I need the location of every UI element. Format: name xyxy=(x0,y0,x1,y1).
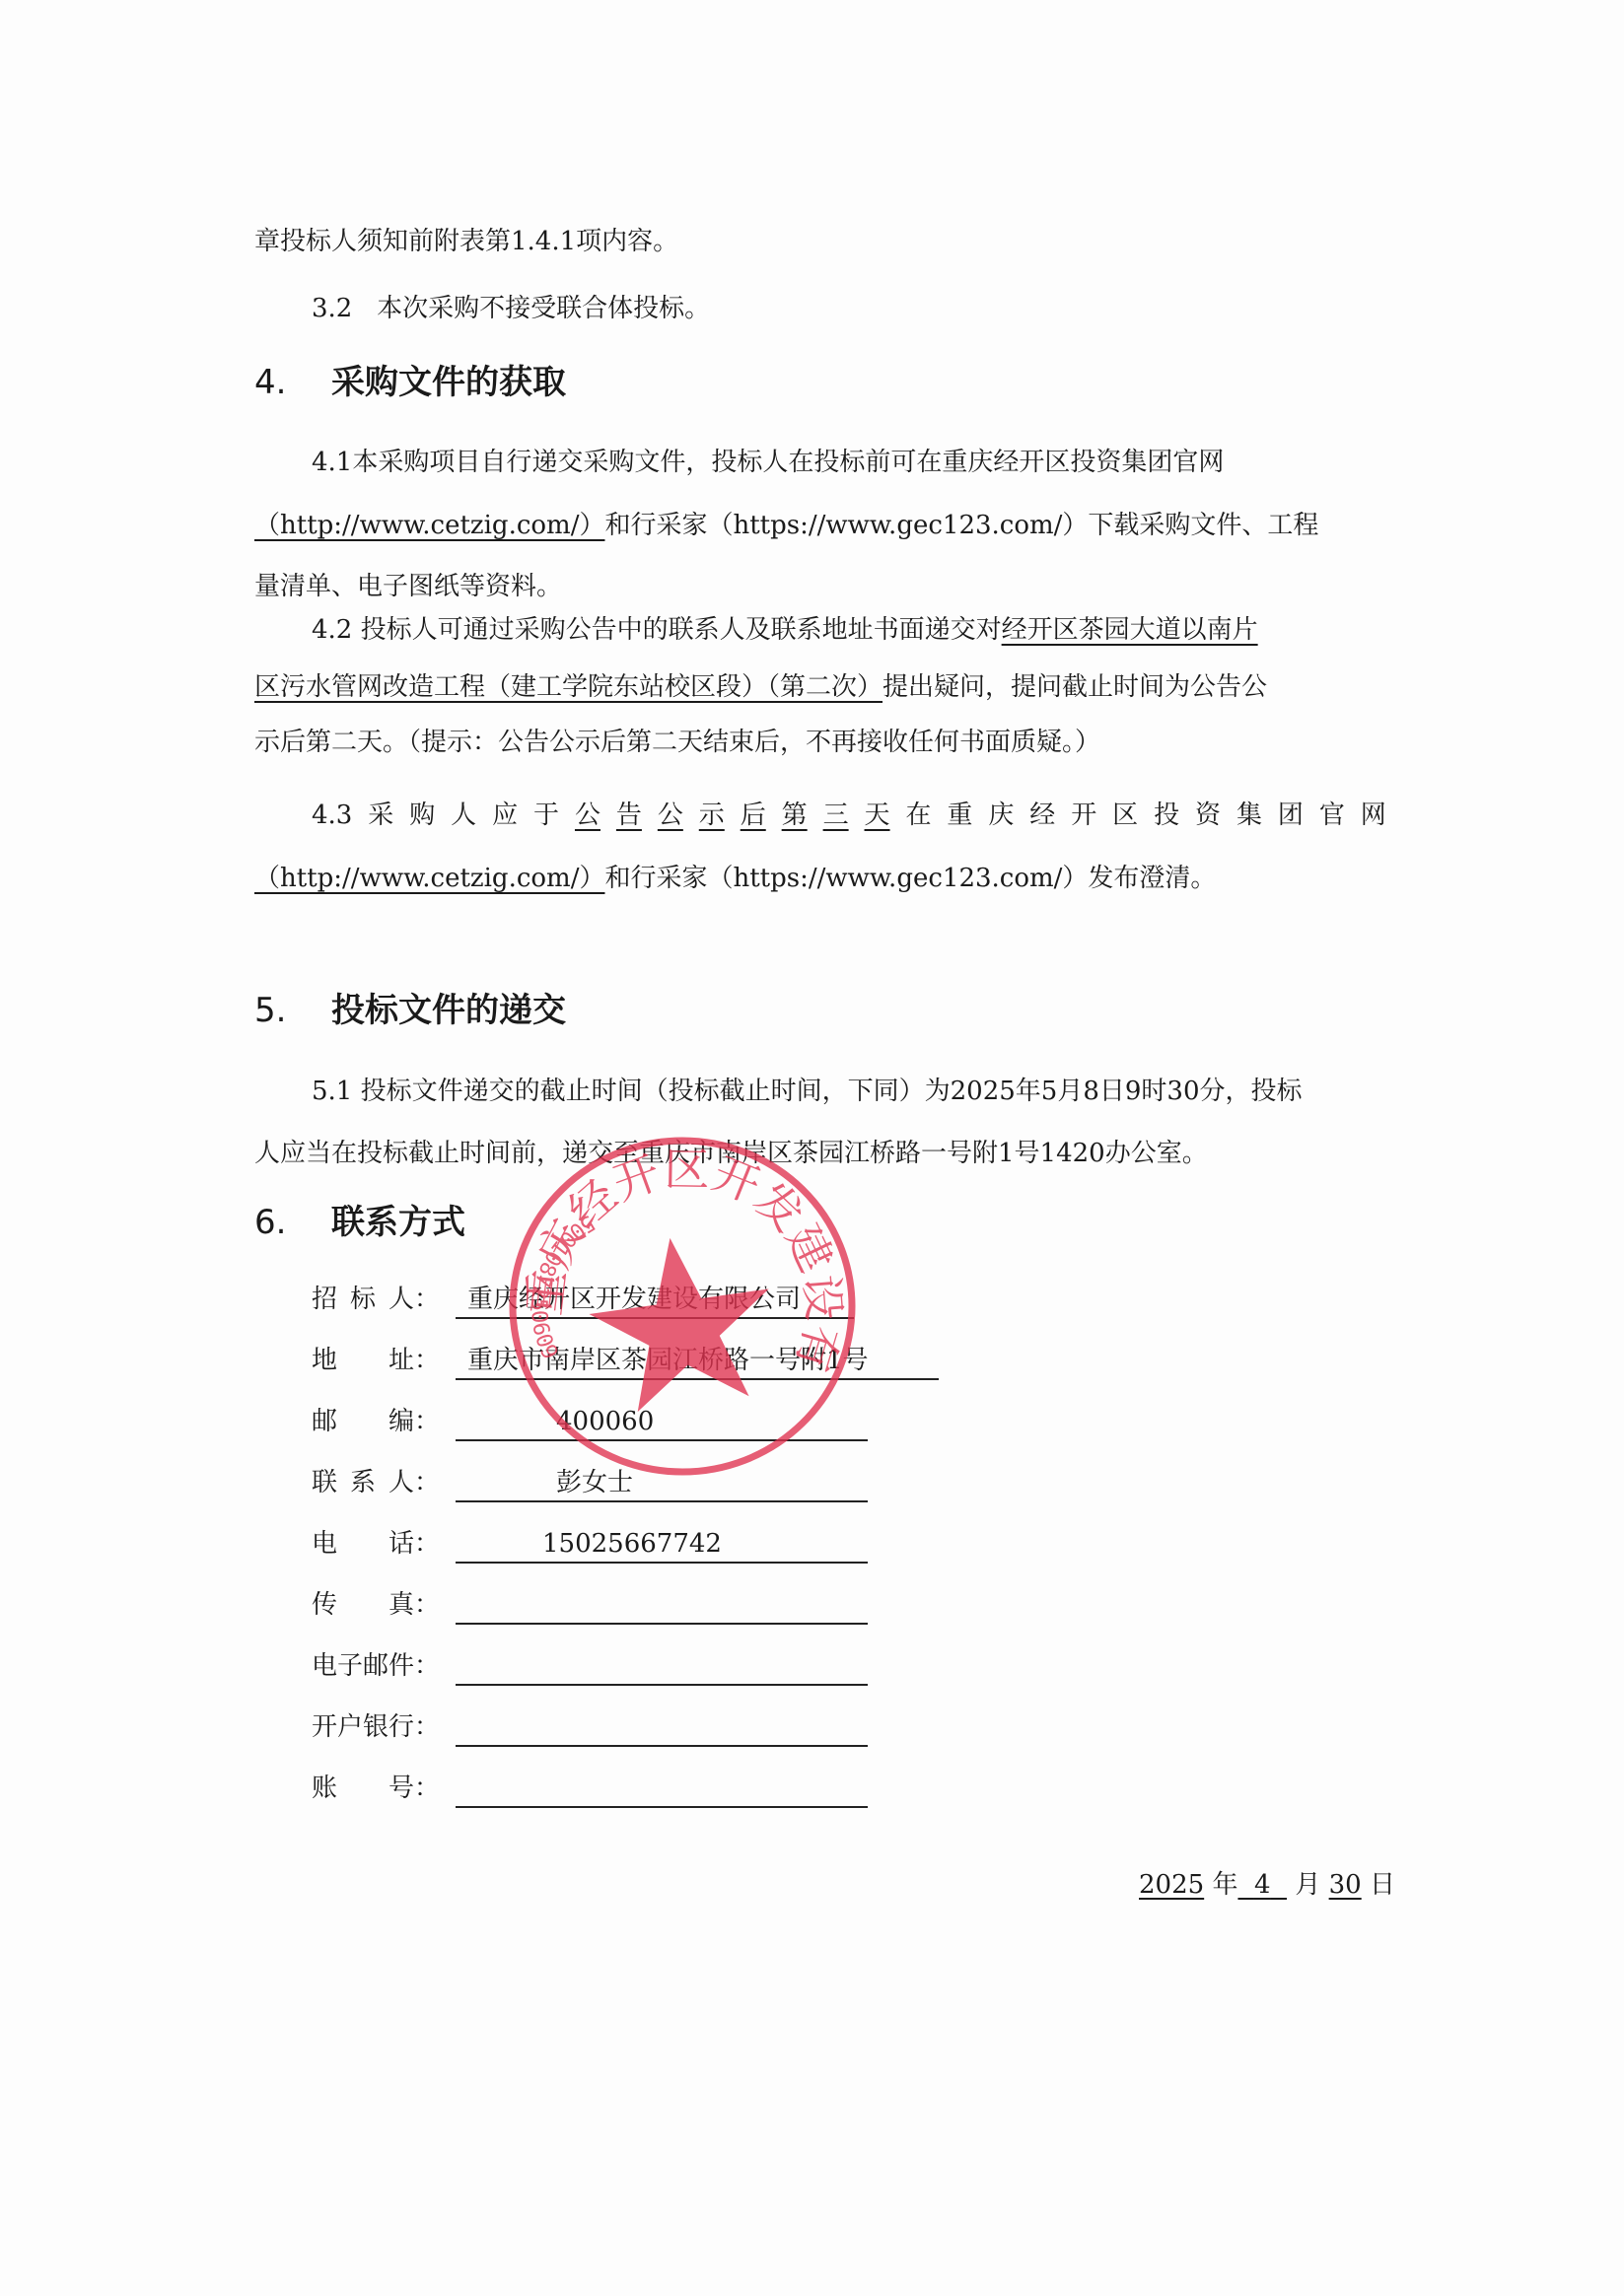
date-unit: 年 xyxy=(1212,1870,1237,1900)
date-day: 30 xyxy=(1329,1870,1362,1900)
char: 庆 xyxy=(988,799,1014,832)
paragraph-continuation: 章投标人须知前附表第1.4.1项内容。 xyxy=(254,225,678,258)
char: 经 xyxy=(1029,799,1055,832)
section-title: 投标文件的递交 xyxy=(331,991,566,1030)
item-5-1-line-2: 人应当在投标截止时间前，递交至重庆市南岸区茶园江桥路一号附1号1420办公室。 xyxy=(254,1137,1208,1170)
char: 第 xyxy=(782,799,808,832)
item-4-1-line-3: 量清单、电子图纸等资料。 xyxy=(254,570,562,603)
item-text: 和行采家（https://www.gec123.com/）发布澄清。 xyxy=(604,864,1216,893)
section-number: 5. xyxy=(254,989,331,1032)
field-value: 重庆经开区开发建设有限公司 xyxy=(467,1282,801,1317)
char: 团 xyxy=(1278,799,1304,832)
item-4-1-line-2: （http://www.cetzig.com/）和行采家（https://www… xyxy=(254,509,1318,542)
field-label: 账号： xyxy=(312,1771,440,1806)
item-number: 3.2 xyxy=(312,294,352,323)
char: 购 xyxy=(409,799,435,832)
item-4-2-line-1: 4.2 投标人可通过采购公告中的联系人及联系地址书面递交对经开区茶园大道以南片 xyxy=(312,613,1258,647)
field-value: 重庆市南岸区茶园江桥路一号附1号 xyxy=(467,1343,869,1378)
cetzig-link[interactable]: （http://www.cetzig.com/） xyxy=(254,864,604,893)
item-text: 和行采家（https://www.gec123.com/）下载采购文件、工程 xyxy=(604,511,1318,540)
document-page: 章投标人须知前附表第1.4.1项内容。 3.2 本次采购不接受联合体投标。 4.… xyxy=(0,0,1624,2296)
char: 网 xyxy=(1361,799,1386,832)
item-3-2: 3.2 本次采购不接受联合体投标。 xyxy=(312,292,710,325)
section-4-heading: 4.采购文件的获取 xyxy=(254,361,566,404)
field-label: 电子邮件： xyxy=(312,1648,440,1684)
date-unit: 月 xyxy=(1295,1870,1320,1900)
date-unit: 日 xyxy=(1370,1870,1395,1900)
char: 公 xyxy=(658,799,683,832)
field-underline xyxy=(456,1771,868,1808)
char: 告 xyxy=(616,799,642,832)
item-4-2-line-2: 区污水管网改造工程（建工学院东站校区段）（第二次）提出疑问，提问截止时间为公告公 xyxy=(254,670,1267,704)
field-value: 400060 xyxy=(556,1404,654,1439)
field-label: 传真： xyxy=(312,1587,440,1623)
date-month: 4 xyxy=(1237,1870,1287,1900)
item-5-1-line-1: 5.1 投标文件递交的截止时间（投标截止时间，下同）为2025年5月8日9时30… xyxy=(312,1075,1303,1108)
field-underline xyxy=(456,1587,868,1625)
item-4-3-line-2: （http://www.cetzig.com/）和行采家（https://www… xyxy=(254,862,1216,895)
char: 官 xyxy=(1319,799,1345,832)
field-label: 电话： xyxy=(312,1526,440,1562)
char: 区 xyxy=(1112,799,1138,832)
field-label: 招标人： xyxy=(312,1282,440,1317)
char: 投 xyxy=(1154,799,1179,832)
field-label: 开户银行： xyxy=(312,1709,440,1745)
char: 公 xyxy=(575,799,600,832)
field-underline xyxy=(456,1709,868,1747)
field-underline xyxy=(456,1648,868,1686)
item-number: 4.3 xyxy=(312,799,352,832)
field-value: 15025667742 xyxy=(542,1526,722,1562)
section-title: 采购文件的获取 xyxy=(331,363,566,402)
char: 天 xyxy=(865,799,890,832)
char: 于 xyxy=(533,799,559,832)
char: 示 xyxy=(699,799,725,832)
char: 三 xyxy=(823,799,849,832)
section-title: 联系方式 xyxy=(331,1203,465,1242)
section-number: 4. xyxy=(254,361,331,404)
section-5-heading: 5.投标文件的递交 xyxy=(254,989,566,1032)
cetzig-link[interactable]: （http://www.cetzig.com/） xyxy=(254,511,604,540)
item-4-2-line-3: 示后第二天。（提示：公告公示后第二天结束后，不再接收任何书面质疑。） xyxy=(254,726,1100,759)
char: 人 xyxy=(451,799,476,832)
field-label: 邮编： xyxy=(312,1404,440,1439)
date-year: 2025 xyxy=(1139,1870,1204,1900)
item-4-3-line-1: 4.3 采 购 人 应 于 公 告 公 示 后 第 三 天 在 重 庆 经 开 … xyxy=(312,799,1386,832)
field-label: 联系人： xyxy=(312,1465,440,1500)
signature-date: 2025 年 4 月 30 日 xyxy=(1139,1868,1395,1902)
char: 资 xyxy=(1195,799,1221,832)
section-number: 6. xyxy=(254,1201,331,1244)
project-name-underlined: 区污水管网改造工程（建工学院东站校区段）（第二次） xyxy=(254,672,883,702)
item-text: 提出疑问，提问截止时间为公告公 xyxy=(883,672,1267,702)
char: 应 xyxy=(492,799,518,832)
field-label: 地址： xyxy=(312,1343,440,1378)
field-underline xyxy=(456,1465,868,1502)
item-text: 本次采购不接受联合体投标。 xyxy=(377,294,710,323)
project-name-underlined: 经开区茶园大道以南片 xyxy=(1002,615,1258,645)
char: 在 xyxy=(905,799,931,832)
char: 采 xyxy=(368,799,393,832)
char: 重 xyxy=(947,799,972,832)
field-underline xyxy=(456,1404,868,1441)
item-text: 4.2 投标人可通过采购公告中的联系人及联系地址书面递交对 xyxy=(312,615,1002,645)
section-6-heading: 6.联系方式 xyxy=(254,1201,465,1244)
char: 开 xyxy=(1071,799,1096,832)
field-value: 彭女士 xyxy=(556,1465,633,1500)
char: 后 xyxy=(741,799,766,832)
char: 集 xyxy=(1236,799,1262,832)
item-4-1-line-1: 4.1本采购项目自行递交采购文件，投标人在投标前可在重庆经开区投资集团官网 xyxy=(312,446,1386,479)
